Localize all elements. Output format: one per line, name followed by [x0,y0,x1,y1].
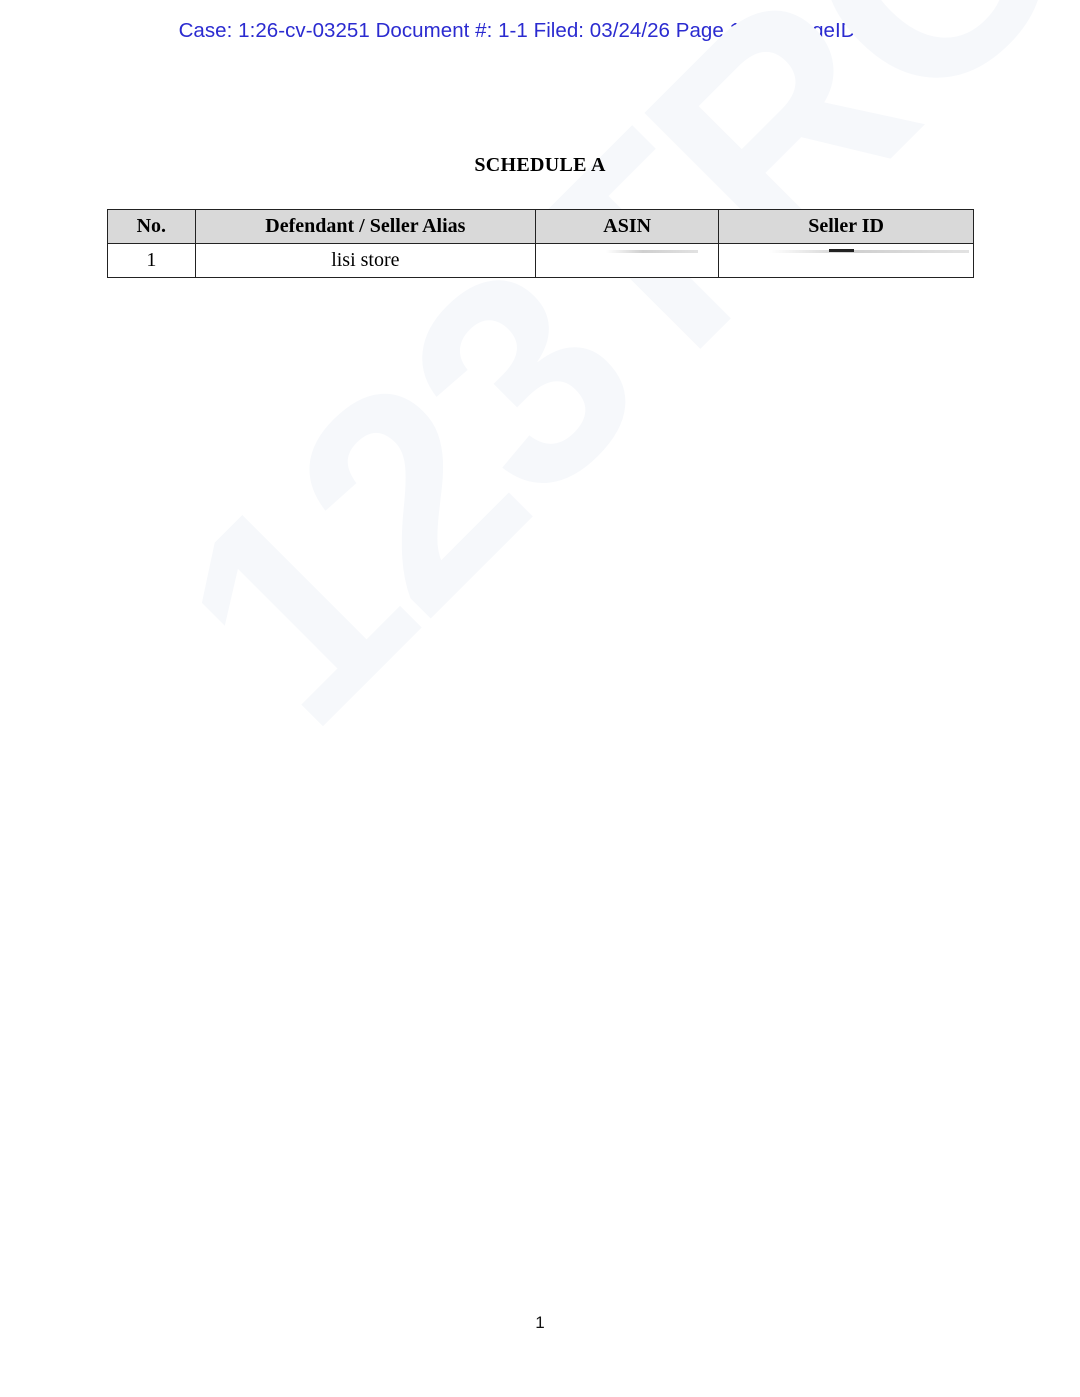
redaction-mark [829,249,854,252]
column-header-alias: Defendant / Seller Alias [195,210,535,244]
cell-alias: lisi store [195,244,535,278]
table-header-row: No. Defendant / Seller Alias ASIN Seller… [108,210,974,244]
column-header-no: No. [108,210,196,244]
column-header-asin: ASIN [536,210,719,244]
cell-asin [536,244,719,278]
asin-redacted [536,244,718,277]
redaction-mark [606,250,698,253]
schedule-table: No. Defendant / Seller Alias ASIN Seller… [107,209,974,278]
table-row: 1 lisi store [108,244,974,278]
schedule-title: SCHEDULE A [0,154,1080,177]
column-header-seller-id: Seller ID [719,210,974,244]
seller-id-redacted [719,244,973,277]
cell-seller-id [719,244,974,278]
page-number: 1 [0,1313,1080,1333]
redaction-mark [769,250,969,253]
watermark: 123TRO [130,0,1080,772]
cell-no: 1 [108,244,196,278]
